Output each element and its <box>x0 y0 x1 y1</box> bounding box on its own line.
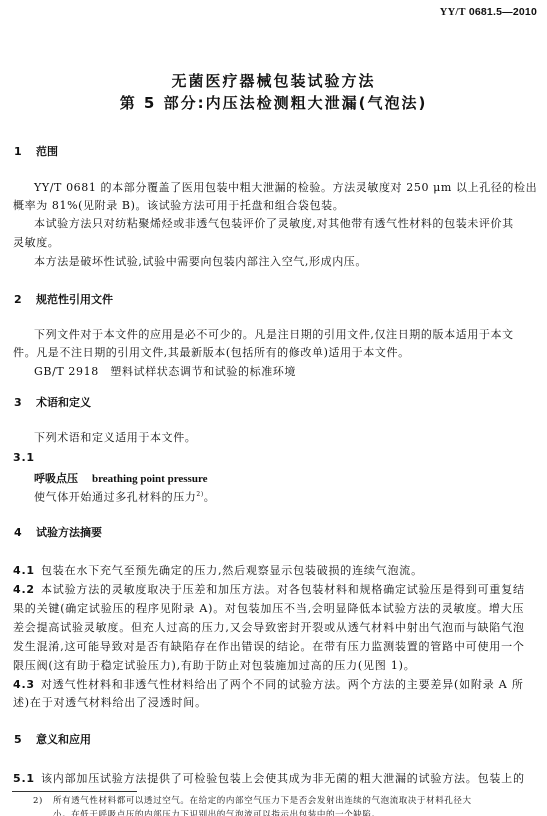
paragraph-line: 下列术语和定义适用于本文件。 <box>34 432 196 444</box>
paragraph-line: 下列文件对于本文件的应用是必不可少的。凡是注日期的引用文件,仅注日期的版本适用于… <box>34 329 514 341</box>
section-title: 规范性引用文件 <box>36 293 113 306</box>
normative-reference: GB/T 2918 塑料试样状态调节和试验的标准环境 <box>34 366 296 378</box>
clause-4-1: 4.1包装在水下充气至预先确定的压力,然后观察显示包装破损的连续气泡流。 <box>13 562 423 578</box>
footnote-number: 2) <box>33 796 53 806</box>
section-number: 5 <box>14 733 36 746</box>
clause-4-3: 4.3对透气性材料和非透气性材料给出了两个不同的试验方法。两个方法的主要差异(如… <box>13 676 524 692</box>
clause-label: 4.1 <box>13 564 41 577</box>
paragraph-line: 差会提高试验灵敏度。但充人过高的压力,又会导致密封开裂或从透气材料中射出气泡而与… <box>13 619 525 635</box>
document-title-line2: 第 5 部分:内压法检测粗大泄漏(气泡法) <box>0 92 547 113</box>
standard-prefix: YY/T <box>440 7 466 18</box>
clause-text: 该内部加压试验方法提供了可检验包装上会使其成为非无菌的粗大泄漏的试验方法。包装上… <box>41 772 525 785</box>
clause-label: 4.3 <box>13 678 41 691</box>
section-number: 2 <box>14 293 36 306</box>
paragraph-line: 果的关键(确定试验压的程序见附录 A)。对包装加压不当,会明显降低本试验方法的灵… <box>13 600 524 616</box>
paragraph-line: 本试验方法只对纺粘聚烯烃或非透气包装评价了灵敏度,对其他带有透气性材料的包装未评… <box>34 218 514 230</box>
section-title: 范围 <box>36 145 58 158</box>
footnote-divider <box>12 791 137 792</box>
section-number: 4 <box>14 526 36 539</box>
paragraph-line: 概率为 81%(见附录 B)。该试验方法可用于托盘和组合袋包装。 <box>13 200 344 212</box>
document-title-line1: 无菌医疗器械包装试验方法 <box>0 70 547 91</box>
paragraph-line: 发生混淆,这可能导致对是否有缺陷存在作出错误的结论。在带有压力监测装置的管路中可… <box>13 638 525 654</box>
clause-label: 5.1 <box>13 772 41 785</box>
clause-4-2: 4.2本试验方法的灵敏度取决于压差和加压方法。对各包装材料和规格确定试验压是得到… <box>13 581 525 597</box>
section-4-heading: 4试验方法摘要 <box>14 524 102 540</box>
section-number: 1 <box>14 145 36 158</box>
section-1-heading: 1范围 <box>14 143 58 159</box>
term-english: breathing point pressure <box>92 473 208 485</box>
standard-number: 0681.5—2010 <box>469 6 537 18</box>
paragraph-line: 件。凡是不注日期的引用文件,其最新版本(包括所有的修改单)适用于本文件。 <box>13 347 410 359</box>
clause-number: 3.1 <box>13 451 41 464</box>
section-title: 试验方法摘要 <box>36 526 102 539</box>
section-2-heading: 2规范性引用文件 <box>14 291 113 307</box>
footnote-text: 所有透气性材料都可以透过空气。在给定的内部空气压力下是否会发射出连续的气泡流取决… <box>53 796 472 806</box>
clause-text: 本试验方法的灵敏度取决于压差和加压方法。对各包装材料和规格确定试验压是得到可重复… <box>41 583 525 596</box>
paragraph-line: 限压阀(这有助于稳定试验压力),有助于防止对包装施加过高的压力(见图 1)。 <box>13 657 416 673</box>
term-chinese: 呼吸点压 <box>34 472 78 485</box>
clause-5-1: 5.1该内部加压试验方法提供了可检验包装上会使其成为非无菌的粗大泄漏的试验方法。… <box>13 770 525 786</box>
section-5-heading: 5意义和应用 <box>14 731 91 747</box>
section-3-heading: 3术语和定义 <box>14 394 91 410</box>
standard-header: YY/T 0681.5—2010 <box>440 6 537 18</box>
clause-text: 对透气性材料和非透气性材料给出了两个不同的试验方法。两个方法的主要差异(如附录 … <box>41 678 524 691</box>
section-number: 3 <box>14 396 36 409</box>
footnote-continuation: 小。在低于呼吸点压的内部压力下识别出的气泡流可以指示出包装中的一个缺陷。 <box>53 808 381 816</box>
paragraph-line: 本方法是破坏性试验,试验中需要向包装内部注入空气,形成内压。 <box>34 256 367 268</box>
section-title: 意义和应用 <box>36 733 91 746</box>
definition-end: 。 <box>204 491 216 504</box>
footnote: 2)所有透气性材料都可以透过空气。在给定的内部空气压力下是否会发射出连续的气泡流… <box>33 794 472 806</box>
clause-label: 4.2 <box>13 583 41 596</box>
clause-label: 3.1 <box>13 451 41 464</box>
footnote-ref[interactable]: 2) <box>196 491 203 498</box>
definition-text: 使气体开始通过多孔材料的压力 <box>34 491 196 504</box>
term-entry: 呼吸点压breathing point pressure <box>34 470 208 486</box>
paragraph-line: 述)在于对透气材料给出了浸透时间。 <box>13 694 207 710</box>
paragraph-line: 灵敏度。 <box>13 237 59 249</box>
term-definition: 使气体开始通过多孔材料的压力2)。 <box>34 489 215 504</box>
section-title: 术语和定义 <box>36 396 91 409</box>
clause-text: 包装在水下充气至预先确定的压力,然后观察显示包装破损的连续气泡流。 <box>41 564 423 577</box>
paragraph-line: YY/T 0681 的本部分覆盖了医用包装中粗大泄漏的检验。方法灵敏度对 250… <box>34 182 537 194</box>
